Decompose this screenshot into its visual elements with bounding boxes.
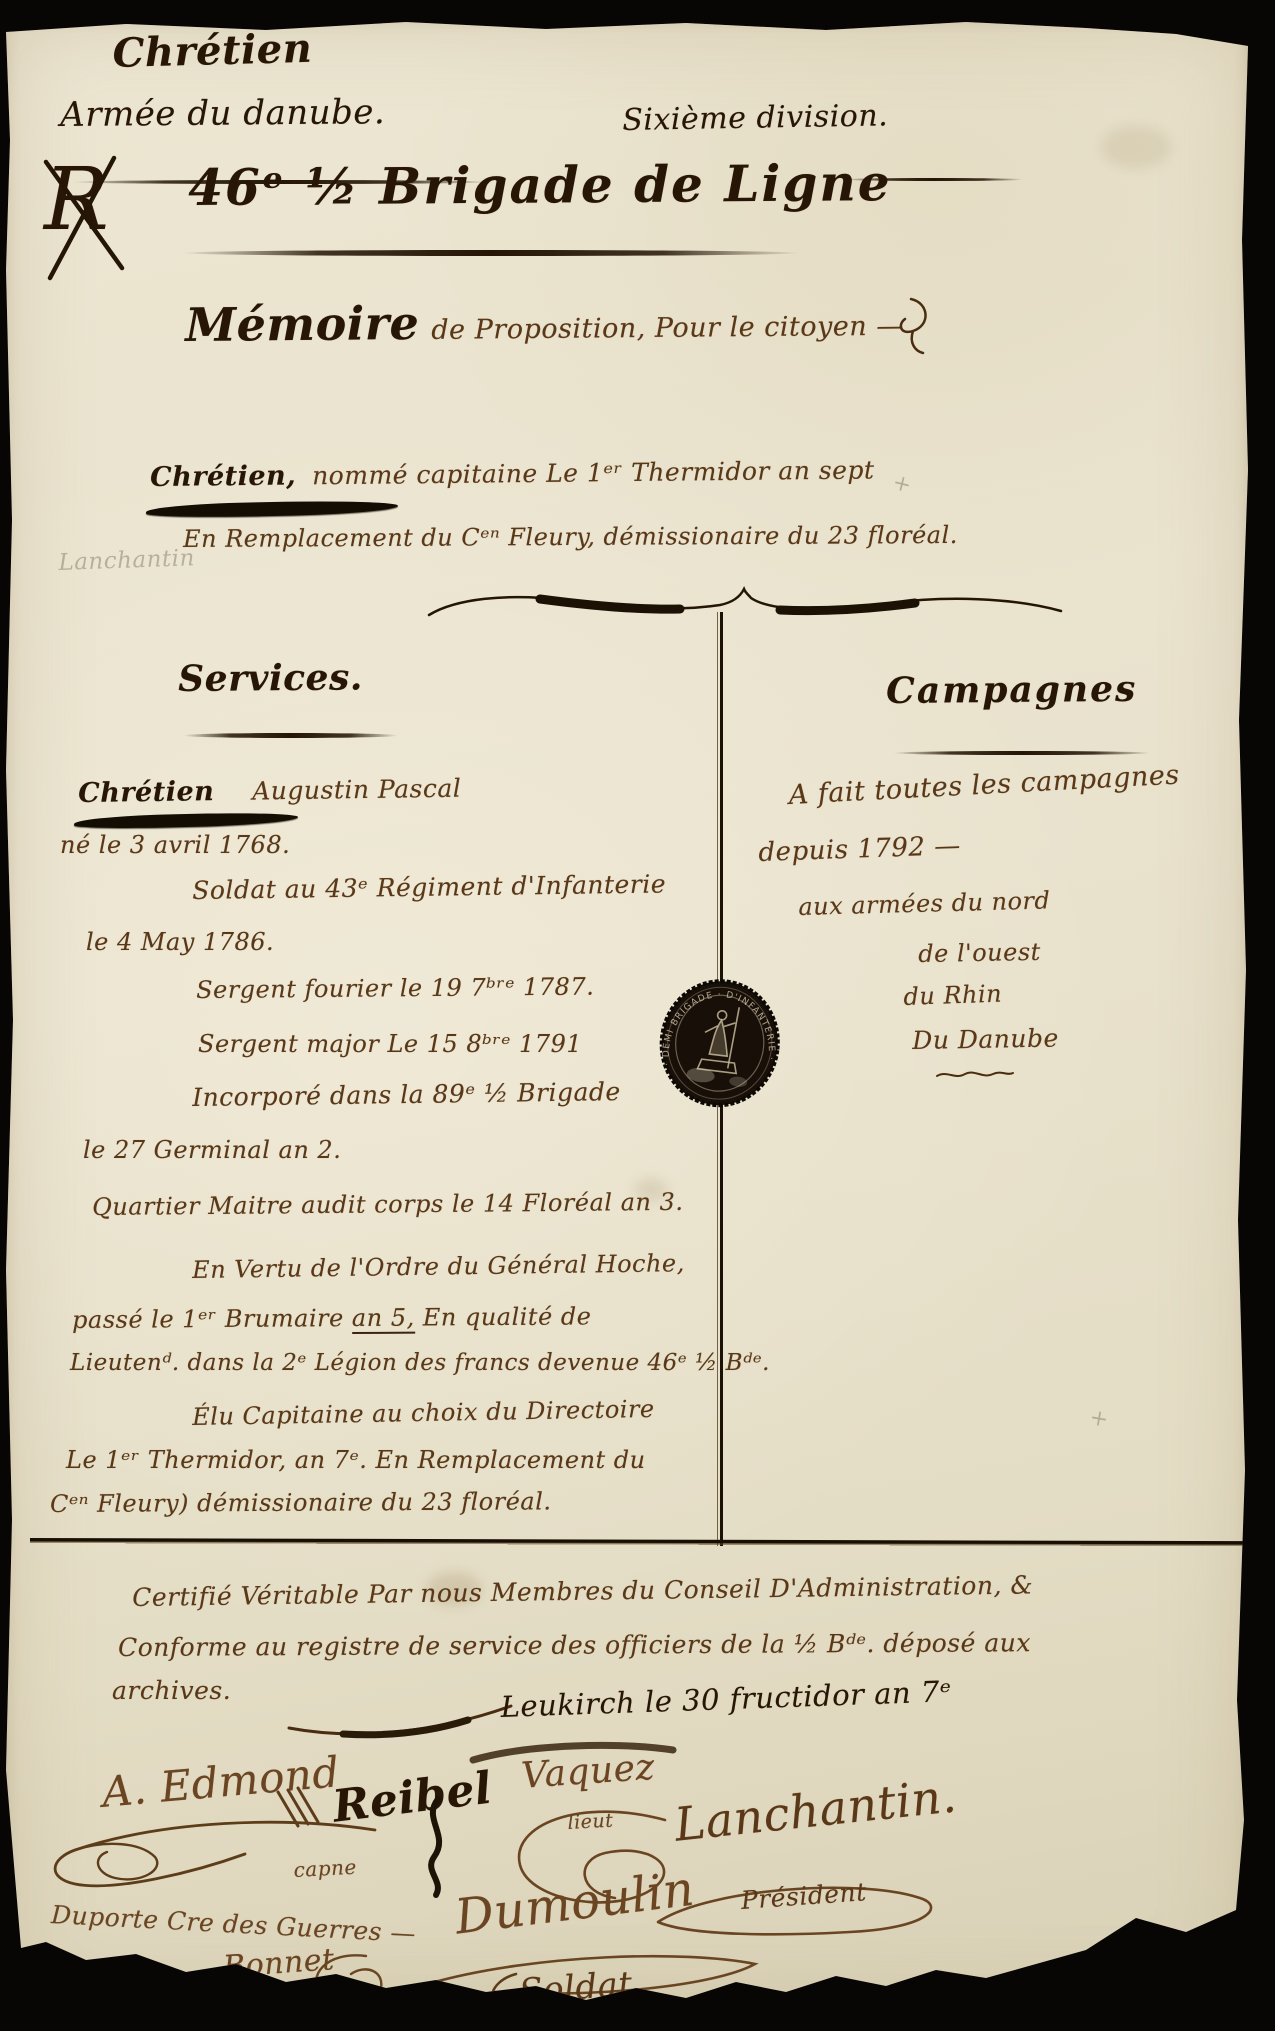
service-record-name-rest: Augustin Pascal bbox=[252, 774, 461, 806]
service-line-sergent-fourier: Sergent fourier le 19 7ᵇʳᵉ 1787. bbox=[196, 973, 594, 1004]
campaigns-header: Campagnes bbox=[886, 668, 1137, 712]
monogram-cross-out-strokes bbox=[36, 156, 136, 284]
services-underline bbox=[183, 733, 398, 738]
memo-line-1: Mémoire de Proposition, Pour le citoyen … bbox=[185, 292, 904, 352]
campaign-line-nord: aux armées du nord bbox=[798, 886, 1051, 921]
unit-title: 46ᵉ ½ Brigade de Ligne bbox=[188, 153, 892, 217]
service-brumaire-part3: En qualité de bbox=[415, 1302, 592, 1331]
service-line-soldat-date: le 4 May 1786. bbox=[86, 928, 274, 956]
signature-duporte: Duporte Cre des Guerres — bbox=[50, 1900, 416, 1948]
service-line-brumaire: passé le 1ᵉʳ Brumaire an 5, En qualité d… bbox=[72, 1302, 592, 1334]
service-record-name: Chrétien bbox=[78, 776, 214, 809]
memo-line-2-rest: nommé capitaine Le 1ᵉʳ Thermidor an sept bbox=[312, 455, 875, 490]
campaign-line-since-1792: depuis 1792 — bbox=[758, 831, 961, 868]
certification-line-1: Certifié Véritable Par nous Membres du C… bbox=[132, 1570, 1033, 1612]
memo-line-3: En Remplacement du Cᵉⁿ Fleury, démission… bbox=[183, 521, 958, 553]
army-label: Armée du danube. bbox=[60, 92, 385, 135]
service-line-incorpore: Incorporé dans la 89ᵉ ½ Brigade bbox=[192, 1077, 621, 1112]
bonnet-oval-flourish bbox=[296, 1946, 392, 2022]
services-header: Services. bbox=[178, 656, 363, 700]
section-rule bbox=[30, 1538, 1244, 1547]
title-underline bbox=[182, 250, 800, 256]
service-line-fleury: Cᵉⁿ Fleury) démissionaire du 23 floréal. bbox=[50, 1487, 552, 1518]
date-lead-in-flourish bbox=[283, 1698, 518, 1740]
campaigns-underline bbox=[893, 751, 1151, 755]
unit-seal: · DEMI BRIGADE · D'INFANTERIE · bbox=[649, 972, 790, 1116]
service-line-thermidor: Le 1ᵉʳ Thermidor, an 7ᵉ. En Remplacement… bbox=[66, 1446, 646, 1474]
campaign-line-ouest: de l'ouest bbox=[918, 938, 1041, 968]
certification-line-2: Conforme au registre de service des offi… bbox=[118, 1628, 1031, 1662]
service-line-sergent-major: Sergent major Le 15 8ᵇʳᵉ 1791 bbox=[198, 1030, 582, 1058]
service-an5-underlined: an 5, bbox=[352, 1304, 415, 1334]
registration-cross: + bbox=[1088, 1405, 1111, 1433]
stain bbox=[1101, 125, 1171, 169]
division-label: Sixième division. bbox=[622, 98, 888, 138]
memo-line-2: Chrétien, nommé capitaine Le 1ᵉʳ Thermid… bbox=[150, 454, 875, 493]
signature-reibel: Reibel bbox=[330, 1763, 495, 1833]
signature-vaquez: Vaquez bbox=[520, 1747, 656, 1797]
service-line-lieutenant: Lieutenᵈ. dans la 2ᵉ Légion des francs d… bbox=[70, 1350, 770, 1376]
service-brumaire-part1: passé le 1ᵉʳ Brumaire bbox=[72, 1304, 352, 1334]
signature-soldat: Soldat bbox=[518, 1964, 634, 2012]
campaign-end-flourish bbox=[935, 1068, 1015, 1082]
place-date-line: Leukirch le 30 fructidor an 7ᵉ bbox=[500, 1674, 952, 1724]
registration-cross: + bbox=[890, 470, 914, 499]
paper-sheet: Chrétien Armée du danube. Sixième divisi… bbox=[6, 20, 1248, 2015]
service-line-elu-capitaine: Élu Capitaine au choix du Directoire bbox=[192, 1395, 655, 1431]
scanned-document-photo: { "document": { "kind": "manuscript memo… bbox=[0, 0, 1275, 2031]
service-line-soldat: Soldat au 43ᵉ Régiment d'Infanterie bbox=[192, 869, 666, 905]
reibel-descender-paraph bbox=[420, 1795, 452, 1900]
pencil-annotation: Lanchantin bbox=[58, 545, 195, 576]
signature-lanchantin: Lanchantin. bbox=[672, 1768, 959, 1851]
memo-line-1-rest: de Proposition, Pour le citoyen — bbox=[431, 311, 904, 346]
service-line-incorpore-date: le 27 Germinal an 2. bbox=[83, 1136, 341, 1164]
soldat-lead-curl bbox=[478, 1968, 524, 2024]
memo-candidate-name: Chrétien, bbox=[150, 460, 296, 493]
services-entry-name-line: Chrétien Augustin Pascal bbox=[78, 773, 461, 809]
certification-line-3: archives. bbox=[112, 1676, 231, 1705]
memo-end-flourish bbox=[893, 295, 935, 357]
service-line-birth: né le 3 avril 1768. bbox=[60, 831, 290, 859]
top-annotation-name: Chrétien bbox=[112, 25, 313, 77]
campaign-line-rhin: du Rhin bbox=[903, 980, 1003, 1011]
campaign-line-danube: Du Danube bbox=[912, 1023, 1059, 1055]
signature-reibel-rank: capne bbox=[293, 1855, 357, 1882]
name-underline-redaction bbox=[146, 499, 398, 518]
service-line-ordre-hoche: En Vertu de l'Ordre du Général Hoche, bbox=[192, 1249, 685, 1284]
service-line-quartier-maitre: Quartier Maitre audit corps le 14 Floréa… bbox=[92, 1188, 684, 1221]
campaign-line-all-campaigns: A fait toutes les campagnes bbox=[788, 760, 1180, 811]
decorative-brace bbox=[425, 585, 1065, 633]
services-name-redaction bbox=[74, 811, 298, 830]
memo-lead-word: Mémoire bbox=[185, 296, 419, 352]
